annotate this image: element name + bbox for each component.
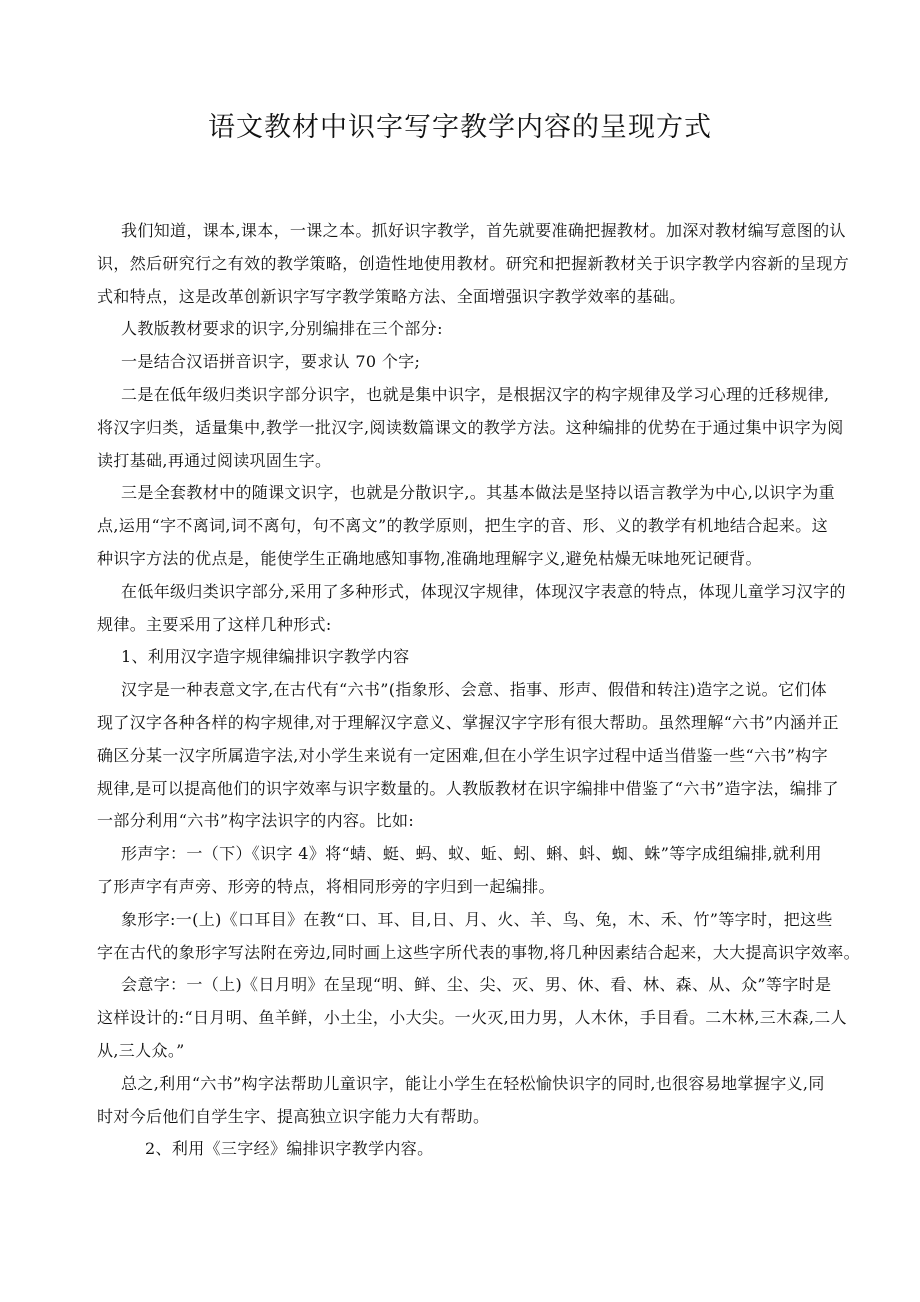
text-line: 象形字:一(上)《口耳目》在教“口、耳、目,日、月、火、羊、鸟、兔，木、禾、竹”… bbox=[97, 904, 837, 937]
text-line: 点,运用“字不离词,词不离句，句不离文”的教学原则，把生字的音、形、义的教学有机… bbox=[97, 510, 837, 543]
text-line: 三是全套教材中的随课文识字，也就是分散识字,。其基本做法是坚持以语言教学为中心,… bbox=[97, 477, 837, 510]
text-line: 式和特点，这是改革创新识字写字教学策略方法、全面增强识字教学效率的基础。 bbox=[97, 281, 837, 314]
text-line: 总之,利用“六书”构字法帮助儿童识字，能让小学生在轻松愉快识字的同时,也很容易地… bbox=[97, 1068, 837, 1101]
text-line: 这样设计的:“日月明、鱼羊鲜，小土尘，小大尖。一火灭,田力男，人木休，手目看。二… bbox=[97, 1002, 837, 1035]
section-heading: 2、利用《三字经》编排识字教学内容。 bbox=[97, 1133, 837, 1166]
text-line: 现了汉字各种各样的构字规律,对于理解汉字意义、掌握汉字字形有很大帮助。虽然理解“… bbox=[97, 707, 837, 740]
text-line: 形声字：一（下）《识字 4》将“蜻、蜓、蚂、蚁、蚯、蚓、蝌、蚪、蜘、蛛”等字成组… bbox=[97, 838, 837, 871]
text-line: 将汉字归类，适量集中,教学一批汉字,阅读数篇课文的教学方法。这种编排的优势在于通… bbox=[97, 412, 837, 445]
text-line: 种识字方法的优点是，能使学生正确地感知事物,准确地理解字义,避免枯燥无味地死记硬… bbox=[97, 543, 837, 576]
section-heading: 1、利用汉字造字规律编排识字教学内容 bbox=[97, 641, 837, 674]
text-line: 一部分利用“六书”构字法识字的内容。比如: bbox=[97, 805, 837, 838]
document-title: 语文教材中识字写字教学内容的呈现方式 bbox=[0, 108, 920, 148]
text-line: 读打基础,再通过阅读巩固生字。 bbox=[97, 445, 837, 478]
text-line: 时对今后他们自学生字、提高独立识字能力大有帮助。 bbox=[97, 1101, 837, 1134]
text-line: 规律。主要采用了这样几种形式: bbox=[97, 609, 837, 642]
text-line: 确区分某一汉字所属造字法,对小学生来说有一定困难,但在小学生识字过程中适当借鉴一… bbox=[97, 740, 837, 773]
text-line: 一是结合汉语拼音识字，要求认 70 个字; bbox=[97, 346, 837, 379]
text-line: 在低年级归类识字部分,采用了多种形式，体现汉字规律，体现汉字表意的特点，体现儿童… bbox=[97, 576, 837, 609]
text-line: 二是在低年级归类识字部分识字，也就是集中识字，是根据汉字的构字规律及学习心理的迁… bbox=[97, 379, 837, 412]
text-line: 识，然后研究行之有效的教学策略，创造性地使用教材。研究和把握新教材关于识字教学内… bbox=[97, 248, 837, 281]
text-line: 字在古代的象形字写法附在旁边,同时画上这些字所代表的事物,将几种因素结合起来，大… bbox=[97, 937, 837, 970]
text-line: 会意字：一（上)《日月明》在呈现“明、鲜、尘、尖、灭、男、休、看、林、森、从、众… bbox=[97, 969, 837, 1002]
document-body: 我们知道，课本,课本，一课之本。抓好识字教学，首先就要准确把握教材。加深对教材编… bbox=[97, 215, 837, 1166]
text-line: 了形声字有声旁、形旁的特点，将相同形旁的字归到一起编排。 bbox=[97, 871, 837, 904]
text-line: 人教版教材要求的识字,分别编排在三个部分: bbox=[97, 313, 837, 346]
text-line: 规律,是可以提高他们的识字效率与识字数量的。人教版教材在识字编排中借鉴了“六书”… bbox=[97, 773, 837, 806]
text-line: 汉字是一种表意文字,在古代有“六书”(指象形、会意、指事、形声、假借和转注)造字… bbox=[97, 674, 837, 707]
text-line: 从,三人众。” bbox=[97, 1035, 837, 1068]
text-line: 我们知道，课本,课本，一课之本。抓好识字教学，首先就要准确把握教材。加深对教材编… bbox=[97, 215, 837, 248]
